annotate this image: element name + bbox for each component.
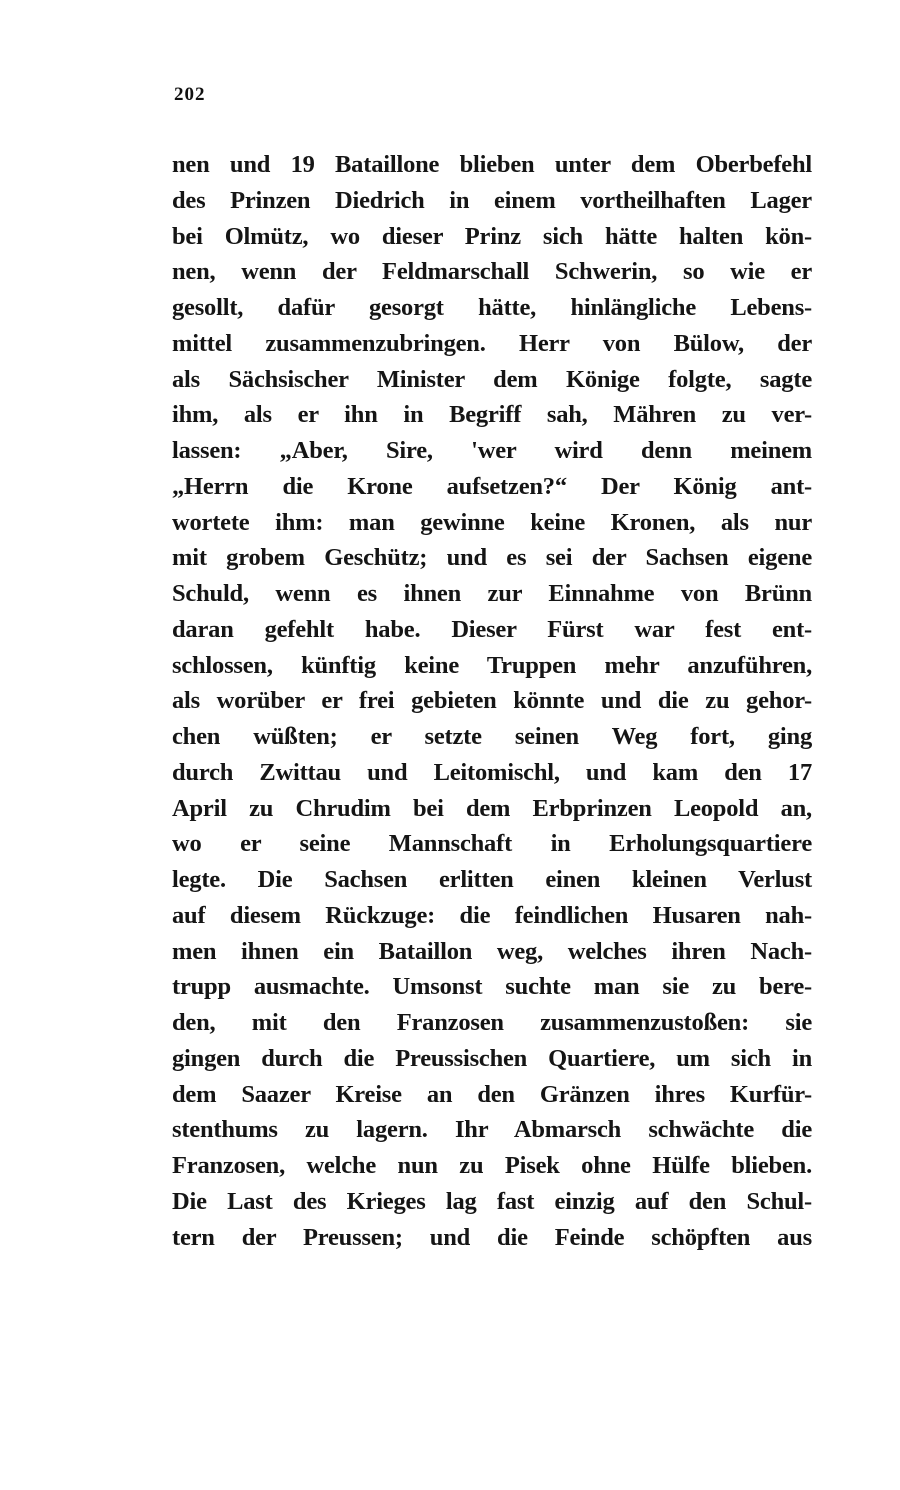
text-line: lassen: „Aber, Sire, 'wer wird denn mein… [172, 433, 812, 469]
text-line: wortete ihm: man gewinne keine Kronen, a… [172, 505, 812, 541]
text-line: wo er seine Mannschaft in Erholungsquart… [172, 826, 812, 862]
text-line: Schuld, wenn es ihnen zur Einnahme von B… [172, 576, 812, 612]
text-line: stenthums zu lagern. Ihr Abmarsch schwäc… [172, 1112, 812, 1148]
text-line: mittel zusammenzubringen. Herr von Bülow… [172, 326, 812, 362]
text-line: mit grobem Geschütz; und es sei der Sach… [172, 540, 812, 576]
text-line: trupp ausmachte. Umsonst suchte man sie … [172, 969, 812, 1005]
text-line: auf diesem Rückzuge: die feindlichen Hus… [172, 898, 812, 934]
body-text: nen und 19 Bataillone blieben unter dem … [172, 147, 812, 1255]
text-line: nen, wenn der Feldmarschall Schwerin, so… [172, 254, 812, 290]
text-line: Franzosen, welche nun zu Pisek ohne Hülf… [172, 1148, 812, 1184]
text-line: Die Last des Krieges lag fast einzig auf… [172, 1184, 812, 1220]
text-line: durch Zwittau und Leitomischl, und kam d… [172, 755, 812, 791]
text-line: den, mit den Franzosen zusammenzustoßen:… [172, 1005, 812, 1041]
text-line: legte. Die Sachsen erlitten einen kleine… [172, 862, 812, 898]
text-line: als worüber er frei gebieten könnte und … [172, 683, 812, 719]
text-line: gesollt, dafür gesorgt hätte, hinlänglic… [172, 290, 812, 326]
text-line: daran gefehlt habe. Dieser Fürst war fes… [172, 612, 812, 648]
text-line: als Sächsischer Minister dem Könige folg… [172, 362, 812, 398]
text-line: des Prinzen Diedrich in einem vortheilha… [172, 183, 812, 219]
text-line: „Herrn die Krone aufsetzen?“ Der König a… [172, 469, 812, 505]
text-line: April zu Chrudim bei dem Erbprinzen Leop… [172, 791, 812, 827]
text-line: men ihnen ein Bataillon weg, welches ihr… [172, 934, 812, 970]
text-line: bei Olmütz, wo dieser Prinz sich hätte h… [172, 219, 812, 255]
book-page: 202 nen und 19 Bataillone blieben unter … [0, 0, 900, 1490]
text-line: dem Saazer Kreise an den Gränzen ihres K… [172, 1077, 812, 1113]
text-line: schlossen, künftig keine Truppen mehr an… [172, 648, 812, 684]
text-line: ihm, als er ihn in Begriff sah, Mähren z… [172, 397, 812, 433]
text-line: chen wüßten; er setzte seinen Weg fort, … [172, 719, 812, 755]
page-number: 202 [174, 84, 206, 106]
text-line: gingen durch die Preussischen Quartiere,… [172, 1041, 812, 1077]
text-line: tern der Preussen; und die Feinde schöpf… [172, 1220, 812, 1256]
text-line: nen und 19 Bataillone blieben unter dem … [172, 147, 812, 183]
